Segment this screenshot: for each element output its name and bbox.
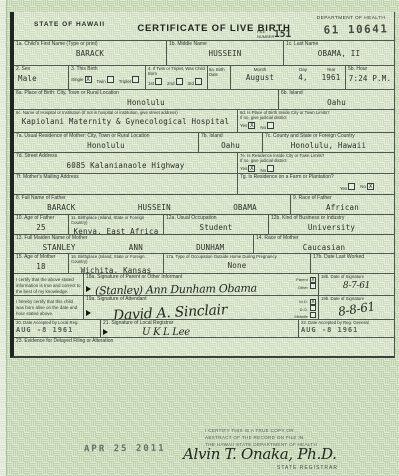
checkbox-twin bbox=[107, 76, 114, 83]
reg-general-date-stamp: AUG -8 1961 bbox=[301, 326, 392, 334]
row-informant-signature: I certify that the above stated informat… bbox=[14, 273, 394, 295]
row-evidence: 23. Evidence for Delayed Filing or Alter… bbox=[14, 337, 394, 356]
field-12b-value: University bbox=[271, 223, 392, 232]
checkbox-triplet bbox=[132, 76, 139, 83]
checkbox-6d-no bbox=[267, 122, 274, 129]
option-twin: Twin bbox=[97, 76, 114, 84]
checkbox-7e-yes: X bbox=[248, 165, 255, 172]
local-registrar-signature: U K L Lee bbox=[142, 327, 190, 337]
option-triplet: Triplet bbox=[119, 76, 139, 84]
checkbox-7e-no bbox=[267, 165, 274, 172]
field-7d: 7d. Street Address 6085 Kalanianaole Hig… bbox=[14, 153, 237, 173]
field-1a-value: BARACK bbox=[16, 49, 164, 58]
option-3rd: 3rd bbox=[188, 78, 203, 86]
field-12a: 12a. Usual Occupation Student bbox=[163, 215, 268, 234]
field-4-label: 4. If Twin or Triplet, Was Child Born bbox=[148, 67, 205, 77]
footer-date-stamp: APR 25 2011 bbox=[84, 444, 166, 455]
field-7e: 7e. Is Residence Inside City or Town Lim… bbox=[237, 153, 394, 173]
father-middle-name: HUSSEIN bbox=[138, 203, 171, 212]
checkbox-2nd bbox=[176, 78, 183, 85]
field-21: 21. Signature of Local Registrar U K L L… bbox=[100, 320, 298, 337]
certify-line-2: ABSTRACT OF THE RECORD ON FILE IN bbox=[205, 434, 317, 441]
certificate-form: STATE OF HAWAII CERTIFICATE OF LIVE BIRT… bbox=[10, 12, 395, 358]
row-father-details: 10. Age of Father 25 11. Birthplace (Isl… bbox=[14, 214, 394, 234]
field-17b-label: 17b. Date Last Worked bbox=[313, 255, 392, 261]
field-7f-label: 7f. Mother's Mailing Address bbox=[16, 175, 235, 181]
attendant-signature: David A. Sinclair bbox=[113, 302, 228, 319]
option-7g-no: NoX bbox=[360, 183, 374, 190]
field-8-value: BARACK HUSSEIN OBAMA bbox=[16, 203, 288, 212]
option-informant-other: Other bbox=[296, 283, 316, 290]
row-mother: 13. Full Maiden Name of Mother STANLEY A… bbox=[14, 234, 394, 253]
row-attendant-signature: I hereby certify that this child was bor… bbox=[14, 295, 394, 319]
signature-pointer-icon bbox=[103, 329, 108, 335]
field-6d-sublabel: If no, give judicial district bbox=[240, 116, 392, 121]
field-18b-label: 18b. Date of Signature bbox=[321, 275, 392, 280]
field-13: 13. Full Maiden Name of Mother STANLEY A… bbox=[14, 235, 253, 253]
field-7a-label: 7a. Usual Residence of Mother: City, Tow… bbox=[16, 134, 196, 140]
field-13-label: 13. Full Maiden Name of Mother bbox=[16, 236, 251, 242]
field-3-label: 3. This Birth bbox=[71, 67, 143, 73]
field-14: 14. Race of Mother Caucasian bbox=[253, 235, 394, 253]
attendant-certification: I hereby certify that this child was bor… bbox=[14, 296, 83, 319]
option-do: D.O. bbox=[294, 305, 316, 312]
option-midwife: Midwife bbox=[294, 312, 316, 319]
father-last-name: OBAMA bbox=[233, 203, 257, 212]
field-7b: 7b. Island Oahu bbox=[198, 133, 262, 152]
field-6d: 6d. Is Place of Birth Inside City or Tow… bbox=[237, 110, 394, 132]
field-9-value: African bbox=[293, 203, 392, 212]
field-6a-value: Honolulu bbox=[16, 98, 276, 107]
field-16-value: Wichita, Kansas bbox=[71, 266, 161, 273]
field-7e-sublabel: If no, give judicial district bbox=[240, 159, 392, 164]
field-7g-options: Yes NoX bbox=[240, 183, 392, 191]
year-label: Year bbox=[326, 67, 335, 72]
field-23-label: 23. Evidence for Delayed Filing or Alter… bbox=[16, 339, 392, 345]
field-7g: 7g. Is Residence on a Farm or Plantation… bbox=[237, 174, 394, 194]
checkbox-7g-yes bbox=[348, 183, 355, 190]
field-6c: 6c. Name of Hospital or Institution (If … bbox=[14, 110, 237, 132]
field-19b: 19b. Date of Signature 8-8-61 bbox=[318, 296, 394, 319]
informant-signature: (Stanley) Ann Dunham Obama bbox=[95, 281, 257, 295]
field-4-options: 1st 2nd 3rd bbox=[148, 78, 205, 86]
field-12b-label: 12b. Kind of Business or Industry bbox=[271, 216, 392, 222]
mother-middle-name: ANN bbox=[129, 243, 143, 252]
field-5a-label: 5a. Birth Date bbox=[208, 66, 231, 89]
field-1c-value: OBAMA, II bbox=[286, 49, 392, 58]
field-7d-label: 7d. Street Address bbox=[16, 154, 235, 160]
field-6b-value: Oahu bbox=[281, 98, 392, 107]
file-number-block: FILE NUMBER 151 bbox=[257, 29, 291, 40]
field-3: 3. This Birth SingleX Twin Triplet bbox=[68, 66, 145, 89]
field-19a: 19a. Signature of Attendant David A. Sin… bbox=[83, 296, 318, 319]
field-17a-label: 17a. Type of Occupation Outside Home Dur… bbox=[166, 255, 308, 260]
field-5a-month: Month August bbox=[231, 66, 289, 89]
checkbox-3rd bbox=[195, 78, 202, 85]
field-12a-label: 12a. Usual Occupation bbox=[166, 216, 266, 222]
checkbox-6d-yes: X bbox=[248, 122, 255, 129]
field-1b-value: HUSSEIN bbox=[169, 49, 281, 58]
field-18b: 18b. Date of Signature 8-7-61 bbox=[318, 274, 394, 295]
field-23: 23. Evidence for Delayed Filing or Alter… bbox=[14, 338, 394, 356]
field-12a-value: Student bbox=[166, 223, 266, 232]
row-place-of-birth: 6a. Place of Birth: City, Town or Rural … bbox=[14, 89, 394, 109]
field-9: 9. Race of Father African bbox=[290, 195, 394, 214]
checkbox-do bbox=[310, 305, 316, 311]
row-birth-details: 2. Sex Male 3. This Birth SingleX Twin T… bbox=[14, 65, 394, 89]
field-12b: 12b. Kind of Business or Industry Univer… bbox=[268, 215, 394, 234]
checkbox-1st bbox=[155, 78, 162, 85]
field-17b: 17b. Date Last Worked bbox=[310, 254, 394, 273]
field-5b-label: 5b. Hour bbox=[348, 67, 392, 73]
checkbox-informant-other bbox=[310, 283, 316, 289]
field-4: 4. If Twin or Triplet, Was Child Born 1s… bbox=[145, 66, 207, 89]
field-6a: 6a. Place of Birth: City, Town or Rural … bbox=[14, 90, 278, 109]
field-10-label: 10. Age of Father bbox=[16, 216, 66, 222]
informant-certification-text: I certify that the above stated informat… bbox=[16, 275, 81, 295]
row-registrar: 20. Date Accepted by Local Reg. AUG -8 1… bbox=[14, 319, 394, 337]
field-7g-label: 7g. Is Residence on a Farm or Plantation… bbox=[240, 175, 392, 181]
field-13-value: STANLEY ANN DUNHAM bbox=[16, 243, 251, 252]
field-18b-value: 8-7-61 bbox=[321, 281, 392, 291]
field-16-label: 16. Birthplace (Island, State or Foreign… bbox=[71, 255, 161, 265]
field-17a: 17a. Type of Occupation Outside Home Dur… bbox=[163, 254, 310, 273]
field-14-value: Caucasian bbox=[256, 243, 392, 252]
field-11-value: Kenya, East Africa bbox=[71, 227, 161, 234]
field-6a-label: 6a. Place of Birth: City, Town or Rural … bbox=[16, 91, 276, 97]
field-20: 20. Date Accepted by Local Reg. AUG -8 1… bbox=[14, 320, 100, 337]
field-6b: 6b. Island Oahu bbox=[278, 90, 394, 109]
field-7e-options: YesX No bbox=[240, 165, 392, 173]
field-5b: 5b. Hour 7:24 P.M. bbox=[345, 66, 394, 89]
option-6d-no: No bbox=[260, 122, 274, 130]
checkbox-single: X bbox=[85, 76, 92, 83]
signature-pointer-icon bbox=[86, 286, 91, 292]
local-reg-date-stamp: AUG -8 1961 bbox=[16, 326, 98, 334]
day-value: 4, bbox=[298, 73, 307, 82]
row-hospital: 6c. Name of Hospital or Institution (If … bbox=[14, 109, 394, 132]
checkbox-7g-no: X bbox=[367, 183, 374, 190]
field-14-label: 14. Race of Mother bbox=[256, 236, 392, 242]
field-6b-label: 6b. Island bbox=[281, 91, 392, 97]
certify-line-1: I CERTIFY THIS IS A TRUE COPY OR bbox=[205, 427, 317, 434]
row-father: 8. Full Name of Father BARACK HUSSEIN OB… bbox=[14, 194, 394, 214]
field-7b-label: 7b. Island bbox=[201, 134, 260, 140]
field-10-value: 25 bbox=[16, 223, 66, 232]
field-7b-value: Oahu bbox=[201, 141, 260, 150]
option-7g-yes: Yes bbox=[340, 183, 355, 191]
field-5a: 5a. Birth Date Month August Day 4, Year … bbox=[207, 66, 345, 89]
field-7a: 7a. Usual Residence of Mother: City, Tow… bbox=[14, 133, 198, 152]
field-7f: 7f. Mother's Mailing Address bbox=[14, 174, 237, 194]
father-first-name: BARACK bbox=[47, 203, 75, 212]
field-3-options: SingleX Twin Triplet bbox=[71, 76, 143, 84]
day-label: Day bbox=[299, 67, 307, 72]
month-value: August bbox=[246, 73, 274, 82]
option-single: SingleX bbox=[71, 76, 92, 83]
option-7e-no: No bbox=[260, 165, 274, 173]
certificate-number-stamp: 61 10641 bbox=[310, 22, 399, 37]
field-9-label: 9. Race of Father bbox=[293, 196, 392, 202]
year-value: 1961 bbox=[322, 73, 341, 82]
field-19a-signature-line: David A. Sinclair bbox=[86, 305, 316, 319]
signature-pointer-icon bbox=[86, 310, 91, 316]
attendant-certification-text: I hereby certify that this child was bor… bbox=[16, 297, 81, 317]
field-6c-label: 6c. Name of Hospital or Institution (If … bbox=[16, 111, 235, 116]
state-registrar-title: STATE REGISTRAR bbox=[277, 465, 338, 471]
field-15-value: 18 bbox=[16, 262, 66, 271]
option-6d-yes: YesX bbox=[240, 122, 255, 129]
field-2-value: Male bbox=[16, 74, 66, 83]
option-7e-yes: YesX bbox=[240, 165, 255, 172]
field-7a-value: Honolulu bbox=[16, 141, 196, 150]
department-label: DEPARTMENT OF HEALTH bbox=[306, 16, 396, 21]
field-1c: 1c. Last Name OBAMA, II bbox=[283, 41, 394, 65]
field-2-label: 2. Sex bbox=[16, 67, 66, 73]
state-name: STATE OF HAWAII bbox=[34, 21, 105, 28]
form-header: STATE OF HAWAII CERTIFICATE OF LIVE BIRT… bbox=[14, 12, 394, 40]
field-11-label: 11. Birthplace (Island, State or Foreign… bbox=[71, 216, 161, 226]
field-18a-signature-line: (Stanley) Ann Dunham Obama bbox=[86, 283, 316, 295]
field-16: 16. Birthplace (Island, State or Foreign… bbox=[68, 254, 163, 273]
field-7c-label: 7c. County and State or Foreign Country bbox=[265, 134, 392, 140]
field-19a-label: 19a. Signature of Attendant bbox=[86, 297, 316, 303]
page-left-margin-line bbox=[6, 0, 7, 476]
field-17a-value: None bbox=[166, 261, 308, 270]
informant-certification: I certify that the above stated informat… bbox=[14, 274, 83, 295]
field-22: 22. Date Accepted by Reg. General AUG -8… bbox=[298, 320, 394, 337]
field-15-label: 15. Age of Mother bbox=[16, 255, 66, 261]
row-child-name: 1a. Child's First Name (Type or print) B… bbox=[14, 40, 394, 65]
file-number-value: 151 bbox=[274, 29, 291, 40]
field-7c-value: Honolulu, Hawaii bbox=[265, 141, 392, 150]
field-1b-label: 1b. Middle Name bbox=[169, 42, 281, 48]
field-5a-day: Day 4, bbox=[289, 66, 317, 89]
certification-footer: APR 25 2011 I CERTIFY THIS IS A TRUE COP… bbox=[0, 418, 399, 476]
field-8-label: 8. Full Name of Father bbox=[16, 196, 288, 202]
checkbox-midwife bbox=[310, 312, 316, 318]
field-6d-options: YesX No bbox=[240, 122, 392, 130]
mother-last-name: DUNHAM bbox=[196, 243, 224, 252]
row-mother-details: 15. Age of Mother 18 16. Birthplace (Isl… bbox=[14, 253, 394, 273]
month-label: Month bbox=[254, 67, 267, 72]
field-1c-label: 1c. Last Name bbox=[286, 42, 392, 48]
field-7d-value: 6085 Kalanianaole Highway bbox=[16, 161, 235, 170]
field-2: 2. Sex Male bbox=[14, 66, 68, 89]
scanned-birth-certificate: STATE OF HAWAII CERTIFICATE OF LIVE BIRT… bbox=[0, 0, 399, 476]
field-10: 10. Age of Father 25 bbox=[14, 215, 68, 234]
state-registrar-signature: Alvin T. Onaka, Ph.D. bbox=[183, 445, 337, 463]
row-mailing-address: 7f. Mother's Mailing Address 7g. Is Resi… bbox=[14, 173, 394, 194]
row-residence: 7a. Usual Residence of Mother: City, Tow… bbox=[14, 132, 394, 152]
field-1a-label: 1a. Child's First Name (Type or print) bbox=[16, 42, 164, 48]
field-7c: 7c. County and State or Foreign Country … bbox=[262, 133, 394, 152]
field-21-signature-line: U K L Lee bbox=[103, 327, 296, 337]
file-number-label: FILE NUMBER bbox=[257, 30, 272, 39]
field-15: 15. Age of Mother 18 bbox=[14, 254, 68, 273]
mother-first-name: STANLEY bbox=[43, 243, 76, 252]
option-2nd: 2nd bbox=[167, 78, 183, 86]
attendant-type-checks: M.D. X D.O. Midwife Other bbox=[294, 299, 316, 319]
field-1b: 1b. Middle Name HUSSEIN bbox=[166, 41, 283, 65]
field-18a: 18a. Signature of Parent or Other Inform… bbox=[83, 274, 318, 295]
field-11: 11. Birthplace (Island, State or Foreign… bbox=[68, 215, 163, 234]
field-5a-year: Year 1961 bbox=[317, 66, 345, 89]
field-18a-label: 18a. Signature of Parent or Other Inform… bbox=[86, 275, 316, 281]
option-1st: 1st bbox=[148, 78, 162, 86]
field-1a: 1a. Child's First Name (Type or print) B… bbox=[14, 41, 166, 65]
field-5b-value: 7:24 P.M. bbox=[348, 74, 392, 83]
field-6c-value: Kapiolani Maternity & Gynecological Hosp… bbox=[16, 117, 235, 126]
field-8: 8. Full Name of Father BARACK HUSSEIN OB… bbox=[14, 195, 290, 214]
row-street-address: 7d. Street Address 6085 Kalanianaole Hig… bbox=[14, 152, 394, 173]
informant-type-checks: Parent X Other bbox=[296, 277, 316, 290]
